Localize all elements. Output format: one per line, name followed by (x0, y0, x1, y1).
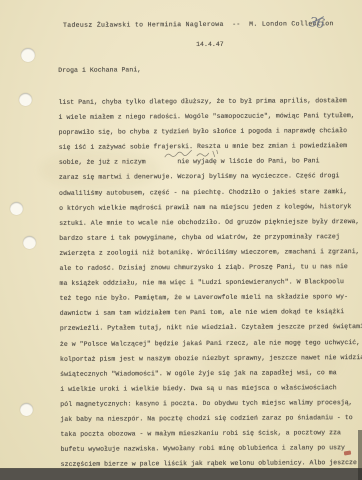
punch-hole (21, 48, 35, 62)
letter-line: o których wielkie mądrości prawił nam na… (59, 199, 359, 216)
letter-line: zaraz się martwi i denerwuje. Wczoraj by… (59, 169, 359, 186)
handwritten-insertion (163, 149, 221, 161)
letter-line: świątecznych "Wiadomości". W ogóle żyje … (60, 365, 360, 382)
punch-hole (19, 93, 32, 106)
letter-line: odwaliliśmy autobusem, część - na piecht… (59, 184, 359, 201)
letter-line: przewieźli. Pytałem tutaj, nikt nie wied… (60, 319, 360, 336)
letter-date: 14.4.47 (196, 41, 224, 48)
letter-line: że w "Polsce Walczącej" będzie jakaś Pan… (60, 335, 360, 352)
letter-line: bardzo stare i tak powyginane, chyba od … (59, 229, 359, 246)
letter-paper: Tadeusz Żuławski to Herminia Naglerowa -… (0, 0, 362, 469)
scanned-letter-page: Tadeusz Żuławski to Herminia Naglerowa -… (0, 0, 362, 480)
punch-hole (20, 403, 33, 416)
scanner-background (0, 469, 362, 480)
letter-line: sztuki. Ale mnie to wcale nie obchodziło… (59, 214, 359, 231)
letter-line: kolportaż pism jest w naszym obozie niez… (60, 350, 360, 367)
punch-hole (10, 202, 23, 215)
archive-header: Tadeusz Żuławski to Herminia Naglerowa -… (63, 20, 334, 29)
scanner-background-edge (358, 430, 362, 480)
salutation: Droga i Kochana Pani, (58, 66, 141, 74)
punch-hole (23, 236, 36, 249)
typewritten-text-layer: Tadeusz Żuławski to Herminia Naglerowa -… (0, 0, 362, 469)
letter-line: i wielkie uroki i wielkie biedy. Dwa są … (60, 380, 360, 397)
page-number: 36 (308, 15, 325, 32)
